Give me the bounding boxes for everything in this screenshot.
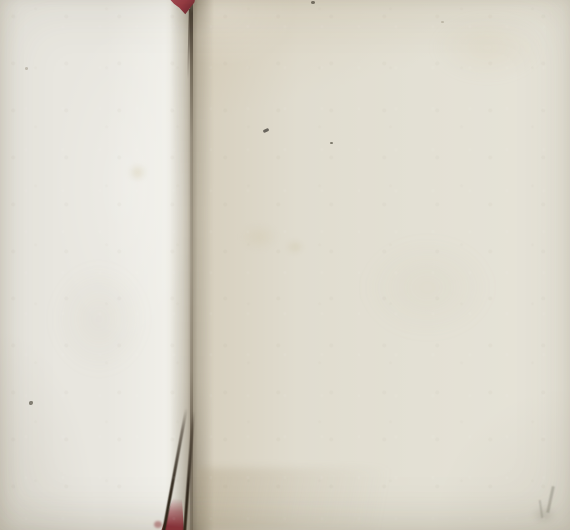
left-page xyxy=(0,0,192,530)
open-book-photo xyxy=(0,0,570,530)
red-transfer-smudge xyxy=(154,521,162,528)
right-page-bottom-shade xyxy=(196,468,446,530)
right-page xyxy=(192,0,570,530)
